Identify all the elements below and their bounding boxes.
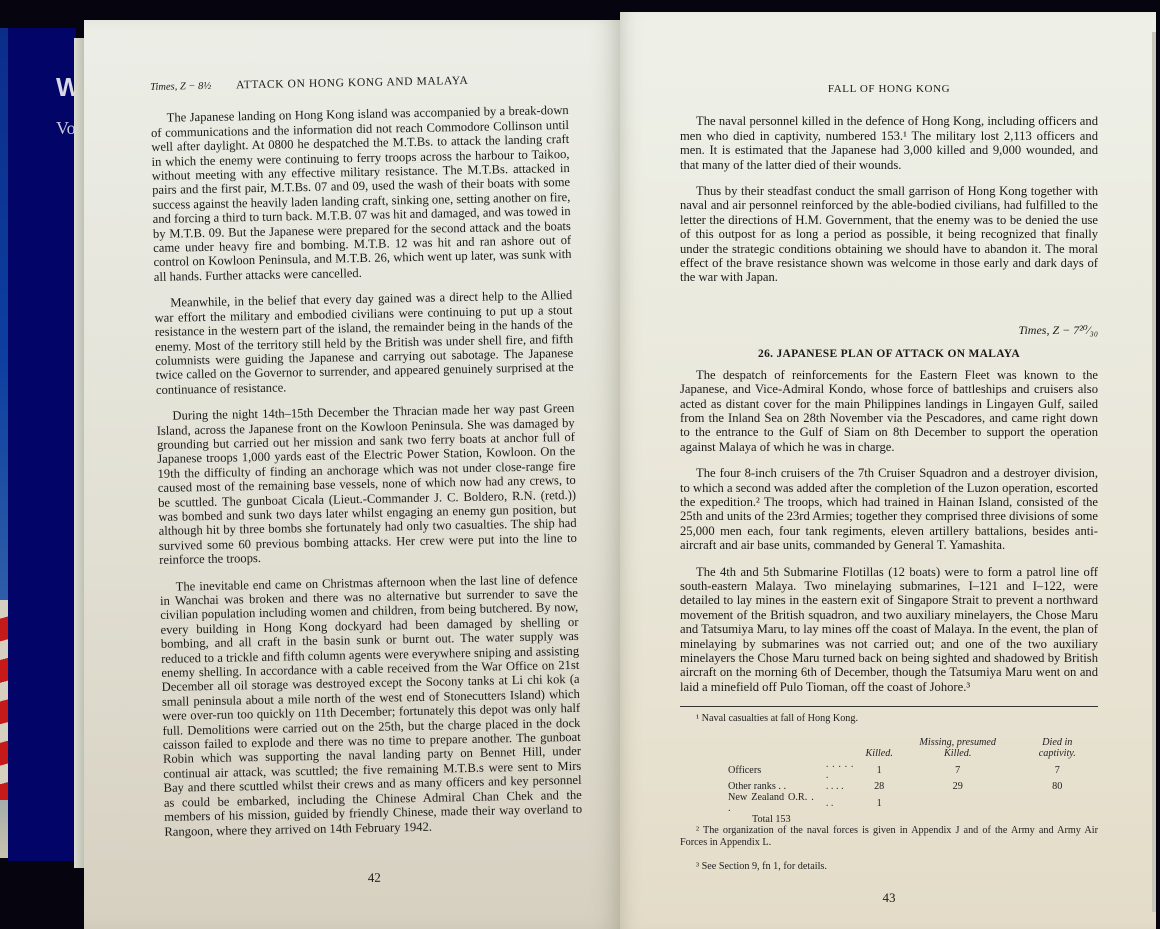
right-page: FALL OF HONG KONG The naval personnel ki… [620,12,1156,929]
footnote-1-title: ¹ Naval casualties at fall of Hong Kong. [680,713,1098,725]
row-dots: . . . . [820,781,860,792]
table-header-killed: Killed. [859,737,898,759]
book-spread: Times, Z − 8½ ATTACK ON HONG KONG AND MA… [84,12,1156,929]
row-label: Officers [722,759,820,781]
paragraph: Thus by their steadfast conduct the smal… [680,184,1098,285]
left-page: Times, Z − 8½ ATTACK ON HONG KONG AND MA… [84,20,620,929]
paragraph: The four 8-inch cruisers of the 7th Crui… [680,466,1098,552]
cell-missing: 29 [899,781,1017,792]
total-label: Total 153 [722,814,1098,825]
table-header [722,737,820,759]
paragraph: During the night 14th–15th December the … [156,401,577,567]
table-total-row: Total 153 [722,814,1098,825]
cell-killed: 1 [859,759,898,781]
timing-note-left: Times, Z − 8½ [150,79,236,95]
cover-subtitle-fragment: Vo [56,118,76,139]
table-header-died: Died in captivity. [1017,737,1098,759]
footnote-3: ³ See Section 9, fn 1, for details. [680,861,1098,873]
running-header-right: FALL OF HONG KONG [680,82,1098,96]
timing-note-right: Times, Z − 7²⁰⁄₃₀ [680,323,1098,337]
paragraph: The despatch of reinforcements for the E… [680,368,1098,454]
chapter-heading-left: ATTACK ON HONG KONG AND MALAYA [236,74,469,93]
page-number-right: 43 [680,891,1098,905]
cell-died: 80 [1017,781,1098,792]
section-title: 26. JAPANESE PLAN OF ATTACK ON MALAYA [680,347,1098,361]
cell-killed: 1 [859,792,898,814]
paragraph: Meanwhile, in the belief that every day … [154,288,574,397]
table-header-missing: Missing, presumed Killed. [899,737,1017,759]
table-row: Officers . . . . . . 1 7 7 [722,759,1098,781]
row-dots: . . [820,792,860,814]
book-cover-red-stripes [0,600,8,800]
left-page-content: Times, Z − 8½ ATTACK ON HONG KONG AND MA… [150,72,583,889]
row-dots: . . . . . . [820,759,860,781]
cell-died [1017,792,1098,814]
cell-missing [899,792,1017,814]
cell-died: 7 [1017,759,1098,781]
table-header [820,737,860,759]
table-row: New Zealand O.R. . . . . 1 [722,792,1098,814]
right-page-content: FALL OF HONG KONG The naval personnel ki… [680,82,1098,906]
footnote-rule [680,706,1098,707]
running-header-left: Times, Z − 8½ ATTACK ON HONG KONG AND MA… [150,72,568,95]
table-row: Other ranks . . . . . . 28 29 80 [722,781,1098,792]
casualties-table: Killed. Missing, presumed Killed. Died i… [722,737,1098,825]
cell-missing: 7 [899,759,1017,781]
footnote-2: ² The organization of the naval forces i… [680,825,1098,849]
cell-killed: 28 [859,781,898,792]
paragraph: The 4th and 5th Submarine Flotillas (12 … [680,565,1098,695]
row-label: New Zealand O.R. . . [722,792,820,814]
paragraph: The inevitable end came on Christmas aft… [160,571,583,838]
right-page-edge [1152,32,1156,912]
paragraph: The naval personnel killed in the defenc… [680,114,1098,172]
footnotes: ¹ Naval casualties at fall of Hong Kong.… [680,713,1098,873]
table-header-row: Killed. Missing, presumed Killed. Died i… [722,737,1098,759]
paragraph: The Japanese landing on Hong Kong island… [151,103,572,284]
page-number-left: 42 [165,867,583,889]
book-cover [8,28,76,861]
row-label: Other ranks . . [722,781,820,792]
